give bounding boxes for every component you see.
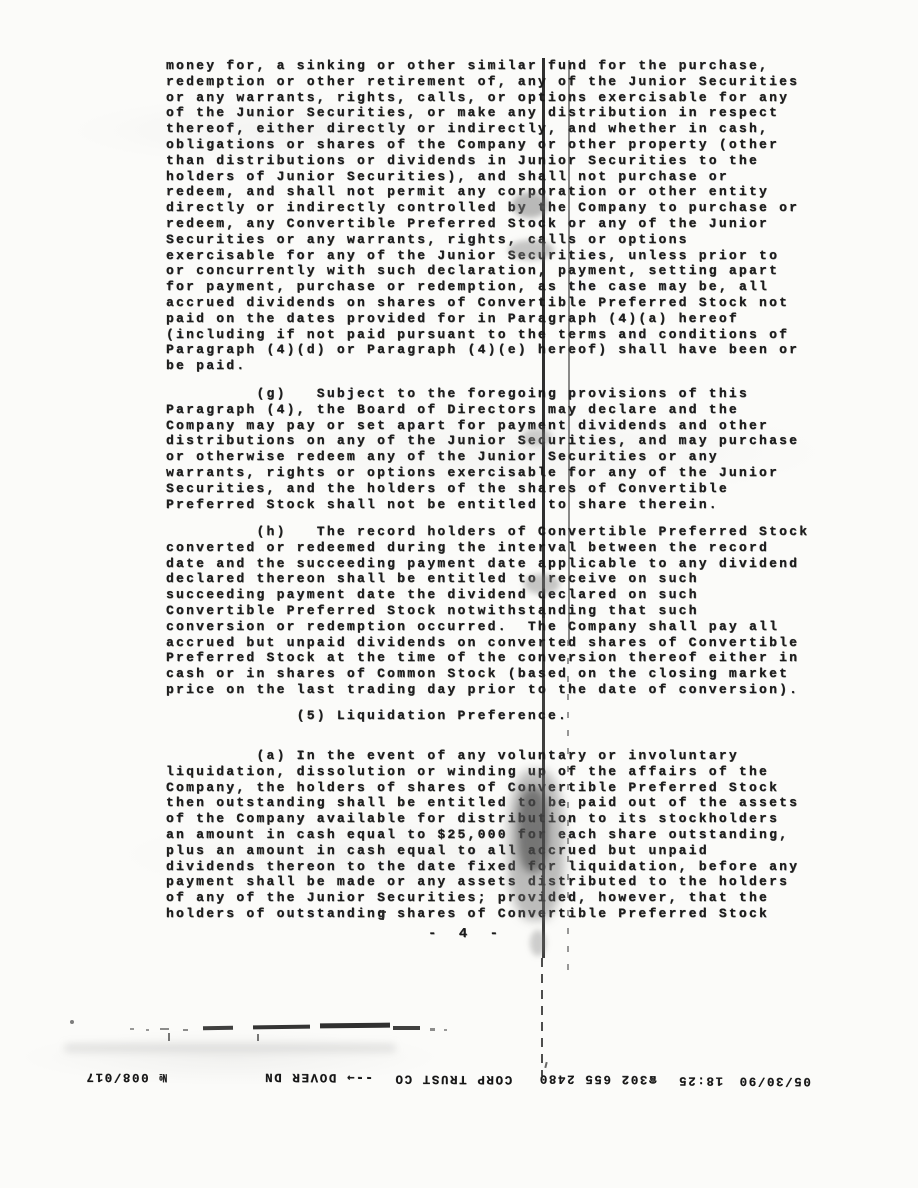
scanned-document-page: money for, a sinking or other similar fu… [0,0,918,1188]
paragraph-g-text: (g) Subject to the foregoing provisions … [166,386,799,512]
smudge-dash [393,1026,420,1030]
fax-phone-number: 302 655 2480 [538,1072,647,1087]
stray-mark [382,910,384,920]
arrow-right-icon: --→ [346,1071,373,1086]
smudge-dash [203,1026,233,1030]
fax-vertical-line-secondary [568,60,570,640]
smudge-dash [444,1029,447,1031]
fax-sender: CORP TRUST CO [394,1072,512,1087]
smudge-tick [168,1033,170,1041]
stray-dot [70,1020,74,1024]
smudge-band [65,1044,395,1052]
smudge-dash [130,1028,134,1030]
fax-vertical-line-main-broken [541,958,543,1076]
smudge-dash [320,1023,390,1028]
paragraph-f-continuation-text: money for, a sinking or other similar fu… [166,58,799,374]
smudge-tick [257,1034,259,1041]
fax-date: 05/30/90 [738,1074,811,1088]
paragraph-a-text: (a) In the event of any voluntary or inv… [166,748,799,922]
fax-vertical-line-main-upper [542,58,545,618]
smudge-dash [253,1025,310,1030]
smudge-blob [508,240,554,260]
fax-route-group: --→ DOVER DN [264,1070,373,1087]
stray-mark [544,1062,547,1068]
section-heading-liquidation-preference: (5) Liquidation Preference. [166,708,568,724]
smudge-blob [522,428,552,446]
smudge-blob [530,930,546,956]
paragraph-h-text: (h) The record holders of Convertible Pr… [166,524,809,698]
fax-receiver: DOVER DN [264,1070,337,1084]
fax-vertical-line-secondary-broken [567,640,569,970]
page-number: - 4 - [428,926,505,942]
smudge-dash [430,1028,435,1031]
smudge-dash [183,1029,188,1031]
smudge-dash [146,1029,149,1031]
fax-page-counter: № 008/017 [85,1070,167,1085]
fax-time: 18:25 [678,1073,724,1087]
smudge-dash [160,1028,169,1030]
fax-transmission-header: 05/30/90 18:25 ☎302 655 2480 CORP TRUST … [85,1068,811,1090]
smudge-blob [524,574,560,594]
smudge-blob [512,192,548,218]
smudge-blob-core [518,788,548,872]
fax-phone-group: ☎302 655 2480 [538,1072,656,1089]
phone-icon: ☎ [647,1073,656,1088]
